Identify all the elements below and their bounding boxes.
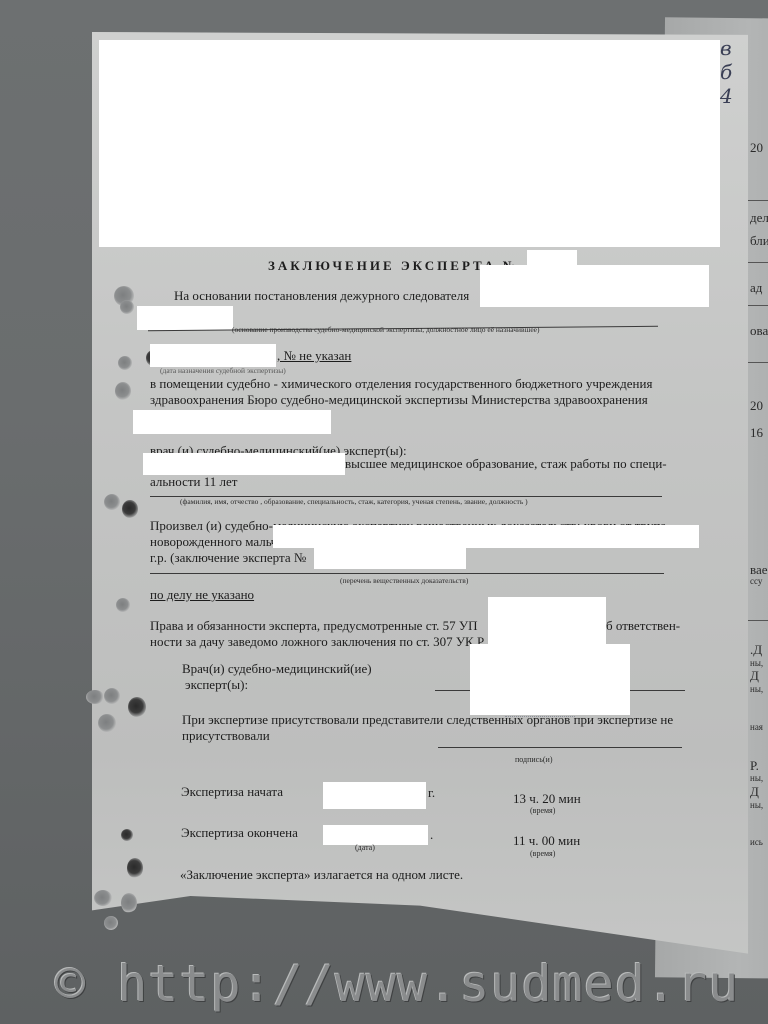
order-number: , № не указан <box>277 348 351 364</box>
redacted-basis <box>137 306 233 330</box>
expert-info-line-1: высшее медицинское образование, стаж раб… <box>345 456 667 472</box>
redacted-rights <box>488 597 606 644</box>
back-sheet-fragment: 20 <box>750 140 763 156</box>
started-suffix: г. <box>428 785 435 801</box>
back-sheet-fragment: ны, <box>750 800 763 810</box>
case-line: по делу не указано <box>150 587 254 603</box>
punch-hole <box>128 697 146 717</box>
location-line-1: в помещении судебно - химического отделе… <box>150 376 652 392</box>
rights-line-1-end: б ответствен- <box>606 618 680 634</box>
back-sheet-rule <box>748 262 768 263</box>
finished-suffix: . <box>430 827 433 843</box>
location-line-2: здравоохранения Бюро судебно-медицинской… <box>150 392 648 408</box>
punch-hole <box>86 690 104 704</box>
rights-line-1: Права и обязанности эксперта, предусмотр… <box>150 618 478 634</box>
finished-time-caption: (время) <box>530 849 555 858</box>
punch-hole <box>115 382 131 400</box>
punch-hole <box>94 890 112 906</box>
redacted-signature <box>470 644 630 715</box>
back-sheet-fragment: блик <box>750 233 768 249</box>
punch-hole <box>122 500 138 518</box>
redacted-order-date <box>150 344 276 367</box>
back-sheet-fragment: ны, <box>750 684 763 694</box>
presence-line-2: присутствовали <box>182 728 270 744</box>
examination-line-3: г.р. (заключение эксперта № <box>150 550 306 566</box>
redacted-header <box>99 40 720 247</box>
back-sheet-fragment: ад <box>750 280 762 296</box>
redacted-region <box>133 410 331 434</box>
presence-line-1: При экспертизе присутствовали представит… <box>182 712 673 728</box>
evidence-rule <box>150 573 664 574</box>
punch-hole <box>127 858 143 878</box>
back-sheet-rule <box>748 200 768 201</box>
redacted-conclusion-ref <box>314 547 466 569</box>
evidence-caption: (перечень вещественных доказательств) <box>340 576 468 585</box>
signer-label-line-1: Врач(и) судебно-медицинский(ие) <box>182 661 372 677</box>
presence-signature-rule <box>438 747 682 748</box>
punch-hole <box>120 300 134 314</box>
order-caption: (дата назначения судебной экспертизы) <box>160 366 286 375</box>
watermark: © http://www.sudmed.ru <box>55 955 739 1013</box>
punch-hole <box>104 494 120 510</box>
rights-line-2: ности за дачу заведомо ложного заключени… <box>150 634 484 650</box>
finished-time: 11 ч. 00 мин <box>513 833 580 849</box>
back-sheet-fragment: ная <box>750 722 763 732</box>
redacted-investigator <box>480 265 709 307</box>
started-time-caption: (время) <box>530 806 555 815</box>
punch-hole <box>116 598 130 612</box>
faded-stamp <box>505 716 575 731</box>
finished-label: Экспертиза окончена <box>181 825 298 841</box>
punch-hole <box>121 893 137 913</box>
redacted-finish-date <box>323 825 428 845</box>
back-sheet-fragment: ны, <box>750 773 763 783</box>
back-sheet-fragment: Р. <box>750 758 759 774</box>
handwritten-note: в б 4 <box>720 36 733 108</box>
expert-info-line-2: альности 11 лет <box>150 474 237 490</box>
punch-hole <box>104 916 118 930</box>
finish-date-caption: (дата) <box>355 843 375 852</box>
basis-caption: (основание производства судебно-медицинс… <box>232 325 540 334</box>
signature-caption: подпись(и) <box>515 755 553 764</box>
back-sheet-rule <box>748 620 768 621</box>
back-sheet-fragment: ссу <box>750 576 762 586</box>
punch-hole <box>104 688 120 704</box>
back-sheet-fragment: 16 <box>750 425 763 441</box>
back-sheet-fragment: ны, <box>750 658 763 668</box>
redacted-expert-name <box>143 453 345 475</box>
started-label: Экспертиза начата <box>181 784 283 800</box>
basis-intro: На основании постановления дежурного сле… <box>174 288 469 304</box>
back-sheet-fragment: ова <box>750 323 768 339</box>
back-sheet-rule <box>748 362 768 363</box>
closing-line: «Заключение эксперта» излагается на одно… <box>180 867 463 883</box>
back-sheet-fragment: .Д <box>750 642 762 658</box>
back-sheet-fragment: Д <box>750 668 759 684</box>
signer-label-line-2: эксперт(ы): <box>185 677 248 693</box>
started-time: 13 ч. 20 мин <box>513 791 581 807</box>
back-sheet-fragment: 20 <box>750 398 763 414</box>
redacted-deceased-info <box>273 525 699 548</box>
punch-hole <box>98 714 116 732</box>
punch-hole <box>121 829 133 841</box>
back-sheet-fragment: ись <box>750 837 763 847</box>
back-sheet-fragment: дел <box>750 210 768 226</box>
expert-caption: (фамилия, имя, отчество , образование, с… <box>180 497 528 506</box>
back-sheet-rule <box>748 305 768 306</box>
redacted-start-date <box>323 782 426 809</box>
back-sheet-fragment: Д <box>750 784 759 800</box>
punch-hole <box>118 356 132 370</box>
